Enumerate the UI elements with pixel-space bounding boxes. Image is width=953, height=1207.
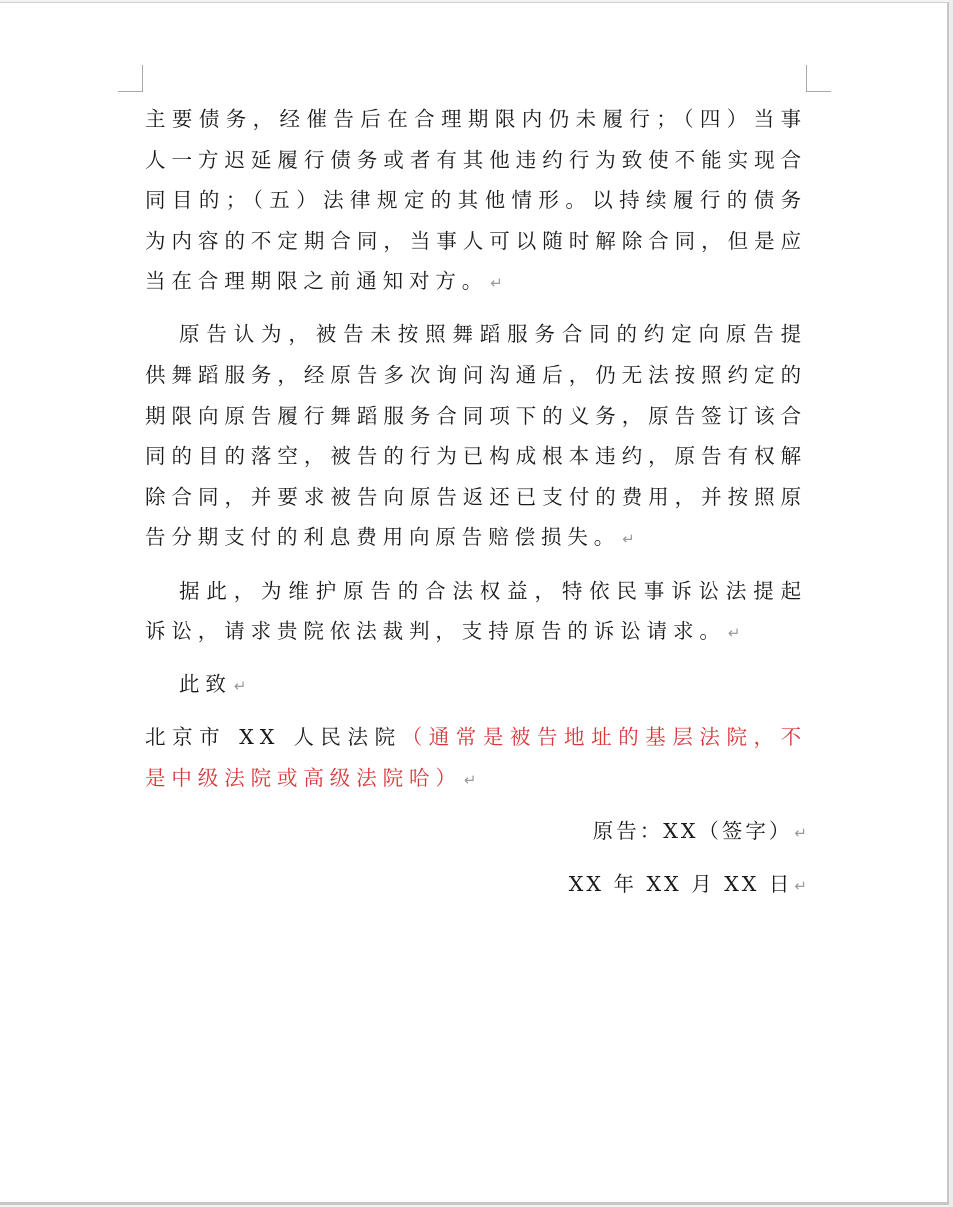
- margin-corner-top-left: [118, 65, 143, 92]
- paragraph-text: 据此，为维护原告的合法权益，特依民事诉讼法提起诉讼，请求贵院依法裁判，支持原告的…: [145, 579, 807, 644]
- paragraph-statute-continued[interactable]: 主要债务，经催告后在合理期限内仍未履行；（四）当事人一方迟延履行债务或者有其他违…: [145, 99, 807, 304]
- signature-date: XX 年 XX 月 XX 日: [569, 872, 793, 896]
- salutation-text: 此致: [179, 672, 232, 696]
- paragraph-mark-icon: ↵: [464, 771, 477, 789]
- paragraph-mark-icon: ↵: [794, 824, 807, 842]
- document-body[interactable]: 主要债务，经催告后在合理期限内仍未履行；（四）当事人一方迟延履行债务或者有其他违…: [145, 99, 807, 917]
- paragraph-date[interactable]: XX 年 XX 月 XX 日↵: [145, 864, 807, 907]
- plaintiff-signature: 原告：XX（签字）: [593, 819, 793, 843]
- paragraph-mark-icon: ↵: [234, 677, 247, 695]
- vertical-scrollbar-track[interactable]: [949, 0, 953, 1207]
- document-page[interactable]: 主要债务，经催告后在合理期限内仍未履行；（四）当事人一方迟延履行债务或者有其他违…: [0, 2, 949, 1205]
- paragraph-plaintiff-signature[interactable]: 原告：XX（签字）↵: [145, 811, 807, 854]
- paragraph-request[interactable]: 据此，为维护原告的合法权益，特依民事诉讼法提起诉讼，请求贵院依法裁判，支持原告的…: [145, 571, 807, 654]
- paragraph-mark-icon: ↵: [622, 530, 635, 548]
- paragraph-mark-icon: ↵: [490, 274, 503, 292]
- paragraph-plaintiff-argument[interactable]: 原告认为，被告未按照舞蹈服务合同的约定向原告提供舞蹈服务，经原告多次询问沟通后，…: [145, 314, 807, 560]
- paragraph-text: 主要债务，经催告后在合理期限内仍未履行；（四）当事人一方迟延履行债务或者有其他违…: [145, 107, 807, 293]
- paragraph-court[interactable]: 北京市 XX 人民法院（通常是被告地址的基层法院，不是中级法院或高级法院哈）↵: [145, 717, 807, 800]
- margin-corner-top-right: [806, 65, 831, 92]
- paragraph-mark-icon: ↵: [728, 624, 741, 642]
- paragraph-salutation[interactable]: 此致↵: [145, 664, 807, 707]
- court-name: 北京市 XX 人民法院: [145, 725, 402, 749]
- paragraph-mark-icon: ↵: [794, 877, 807, 895]
- paragraph-text: 原告认为，被告未按照舞蹈服务合同的约定向原告提供舞蹈服务，经原告多次询问沟通后，…: [145, 322, 807, 549]
